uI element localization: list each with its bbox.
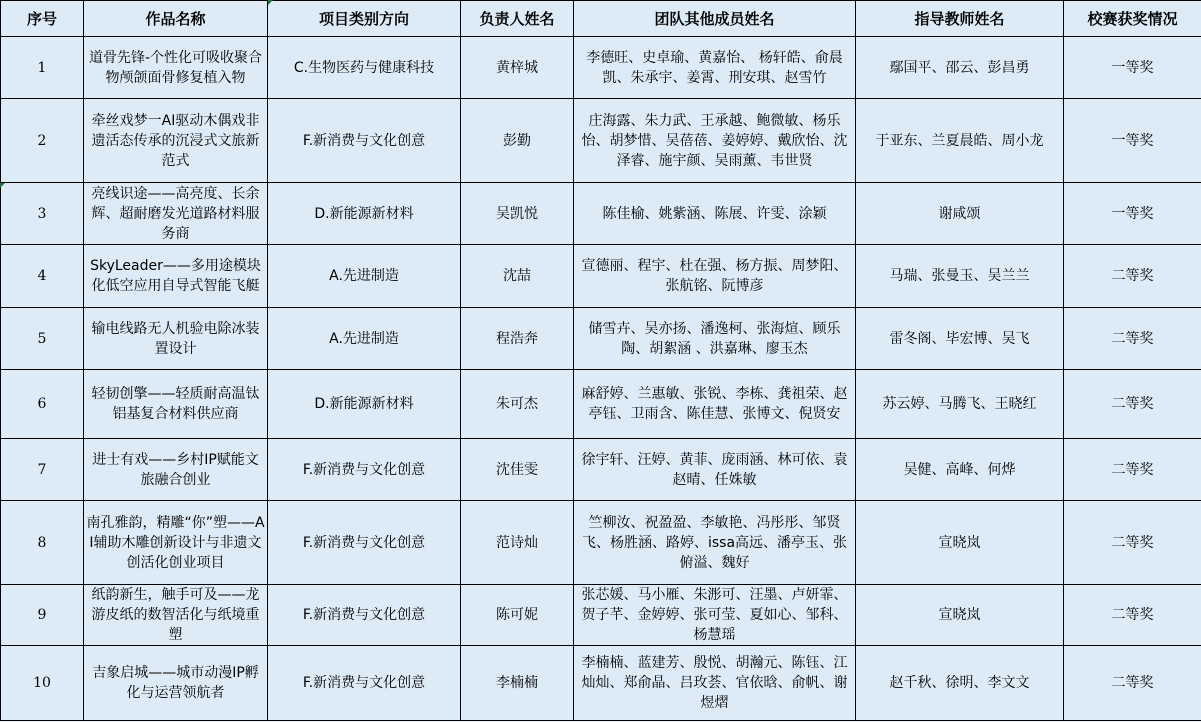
cell-advisors[interactable]: 吴健、高峰、何烨	[856, 439, 1064, 501]
cell-category[interactable]: F.新消费与文化创意	[268, 646, 461, 721]
cell-title[interactable]: 南孔雅韵，精雕“你”塑——AI辅助木雕创新设计与非遗文创活化创业项目	[84, 501, 268, 585]
table-row: 5 输电线路无人机验电除冰装置设计 A.先进制造 程浩奔 储雪卉、吴亦扬、潘逸柯…	[1, 308, 1201, 370]
cell-members[interactable]: 徐宇轩、汪婷、黄菲、庞雨涵、林可依、袁赵晴、任姝敏	[574, 439, 856, 501]
cell-leader[interactable]: 沈喆	[461, 245, 574, 308]
cell-advisors[interactable]: 宣晓岚	[856, 585, 1064, 646]
cell-leader[interactable]: 程浩奔	[461, 308, 574, 370]
cell-leader[interactable]: 彭勤	[461, 99, 574, 183]
cell-comment-marker	[268, 0, 273, 5]
header-no[interactable]: 序号	[1, 1, 84, 37]
table-row: 9 纸韵新生，触手可及——龙游皮纸的数智活化与纸境重塑 F.新消费与文化创意 陈…	[1, 585, 1201, 646]
cell-award[interactable]: 一等奖	[1064, 37, 1201, 99]
cell-leader[interactable]: 沈佳雯	[461, 439, 574, 501]
table-row: 7 进士有戏——乡村IP赋能文旅融合创业 F.新消费与文化创意 沈佳雯 徐宇轩、…	[1, 439, 1201, 501]
cell-title[interactable]: 牵丝戏梦一AI驱动木偶戏非遗活态传承的沉浸式文旅新范式	[84, 99, 268, 183]
header-advisors[interactable]: 指导教师姓名	[856, 1, 1064, 37]
header-members[interactable]: 团队其他成员姓名	[574, 1, 856, 37]
cell-category[interactable]: F.新消费与文化创意	[268, 501, 461, 585]
cell-members[interactable]: 庄海露、朱力武、王承越、鲍微敏、杨乐怡、胡梦惜、吴蓓蓓、姜婷婷、戴欣怡、沈泽睿、…	[574, 99, 856, 183]
cell-no[interactable]: 3	[1, 183, 84, 245]
cell-leader[interactable]: 朱可杰	[461, 370, 574, 439]
awards-table: 序号 作品名称 项目类别方向 负责人姓名 团队其他成员姓名 指导教师姓名 校赛获…	[0, 0, 1201, 721]
cell-leader[interactable]: 吴凯悦	[461, 183, 574, 245]
cell-category[interactable]: D.新能源新材料	[268, 183, 461, 245]
cell-category[interactable]: C.生物医药与健康科技	[268, 37, 461, 99]
cell-members[interactable]: 宣德丽、程宇、杜在强、杨方振、周梦阳、张航铭、阮博彦	[574, 245, 856, 308]
cell-members[interactable]: 李楠楠、蓝建芳、殷悦、胡瀚元、陈钰、江灿灿、郑俞晶、吕玫荟、官依晗、俞帆、谢煜熠	[574, 646, 856, 721]
table-row: 8 南孔雅韵，精雕“你”塑——AI辅助木雕创新设计与非遗文创活化创业项目 F.新…	[1, 501, 1201, 585]
cell-advisors[interactable]: 于亚东、兰夏晨皓、周小龙	[856, 99, 1064, 183]
table-row: 1 道骨先锋-个性化可吸收聚合物颅颌面骨修复植入物 C.生物医药与健康科技 黄梓…	[1, 37, 1201, 99]
cell-advisors[interactable]: 雷冬阁、毕宏博、吴飞	[856, 308, 1064, 370]
cell-award[interactable]: 二等奖	[1064, 646, 1201, 721]
table-row: 6 轻韧创擎——轻质耐高温钛铝基复合材料供应商 D.新能源新材料 朱可杰 麻舒婷…	[1, 370, 1201, 439]
cell-category[interactable]: F.新消费与文化创意	[268, 439, 461, 501]
header-leader[interactable]: 负责人姓名	[461, 1, 574, 37]
cell-title[interactable]: 道骨先锋-个性化可吸收聚合物颅颌面骨修复植入物	[84, 37, 268, 99]
header-category[interactable]: 项目类别方向	[268, 1, 461, 37]
cell-advisors[interactable]: 鄢国平、邵云、彭昌勇	[856, 37, 1064, 99]
cell-leader[interactable]: 范诗灿	[461, 501, 574, 585]
cell-category[interactable]: D.新能源新材料	[268, 370, 461, 439]
cell-no[interactable]: 4	[1, 245, 84, 308]
cell-no[interactable]: 9	[1, 585, 84, 646]
cell-advisors[interactable]: 谢咸颂	[856, 183, 1064, 245]
cell-award[interactable]: 一等奖	[1064, 183, 1201, 245]
cell-award[interactable]: 二等奖	[1064, 370, 1201, 439]
cell-category[interactable]: F.新消费与文化创意	[268, 99, 461, 183]
cell-title[interactable]: 轻韧创擎——轻质耐高温钛铝基复合材料供应商	[84, 370, 268, 439]
cell-title[interactable]: 亮线识途——高亮度、长余辉、超耐磨发光道路材料服务商	[84, 183, 268, 245]
cell-advisors[interactable]: 宣晓岚	[856, 501, 1064, 585]
cell-award[interactable]: 二等奖	[1064, 585, 1201, 646]
table-row: 10 吉象启城——城市动漫IP孵化与运营领航者 F.新消费与文化创意 李楠楠 李…	[1, 646, 1201, 721]
cell-leader[interactable]: 李楠楠	[461, 646, 574, 721]
cell-title[interactable]: 进士有戏——乡村IP赋能文旅融合创业	[84, 439, 268, 501]
cell-members[interactable]: 陈佳榆、姚紫涵、陈展、许雯、涂颖	[574, 183, 856, 245]
cell-members[interactable]: 储雪卉、吴亦扬、潘逸柯、张海煊、顾乐陶、胡絮涵 、洪嘉琳、廖玉杰	[574, 308, 856, 370]
cell-comment-marker	[0, 183, 5, 188]
cell-category[interactable]: A.先进制造	[268, 245, 461, 308]
table-row: 3 亮线识途——高亮度、长余辉、超耐磨发光道路材料服务商 D.新能源新材料 吴凯…	[1, 183, 1201, 245]
cell-no[interactable]: 7	[1, 439, 84, 501]
cell-no[interactable]: 2	[1, 99, 84, 183]
cell-award[interactable]: 二等奖	[1064, 245, 1201, 308]
cell-advisors[interactable]: 马瑞、张曼玉、吴兰兰	[856, 245, 1064, 308]
cell-title[interactable]: 纸韵新生，触手可及——龙游皮纸的数智活化与纸境重塑	[84, 585, 268, 646]
cell-members[interactable]: 麻舒婷、兰惠敏、张锐、李栋、龚祖荣、赵亭钰、卫雨含、陈佳慧、张博文、倪贤安	[574, 370, 856, 439]
header-row: 序号 作品名称 项目类别方向 负责人姓名 团队其他成员姓名 指导教师姓名 校赛获…	[1, 1, 1201, 37]
cell-leader[interactable]: 陈可妮	[461, 585, 574, 646]
header-award[interactable]: 校赛获奖情况	[1064, 1, 1201, 37]
header-title[interactable]: 作品名称	[84, 1, 268, 37]
cell-members[interactable]: 竺柳汝、祝盈盈、李敏艳、冯彤彤、邹贤飞、杨胜涵、路婷、issa高远、潘亭玉、张俯…	[574, 501, 856, 585]
cell-award[interactable]: 二等奖	[1064, 501, 1201, 585]
cell-members[interactable]: 张芯媛、马小雁、朱浵可、汪墨、卢妍霏、贺子芊、金婷婷、张可莹、夏如心、邹科、杨慧…	[574, 585, 856, 646]
cell-leader[interactable]: 黄梓城	[461, 37, 574, 99]
cell-no[interactable]: 10	[1, 646, 84, 721]
cell-no[interactable]: 5	[1, 308, 84, 370]
cell-category[interactable]: F.新消费与文化创意	[268, 585, 461, 646]
table-row: 2 牵丝戏梦一AI驱动木偶戏非遗活态传承的沉浸式文旅新范式 F.新消费与文化创意…	[1, 99, 1201, 183]
table-row: 4 SkyLeader——多用途模块化低空应用自导式智能飞艇 A.先进制造 沈喆…	[1, 245, 1201, 308]
cell-members[interactable]: 李德旺、史卓瑜、黄嘉怡、 杨轩皓、俞晨凯、朱承宇、姜霄、刑安琪、赵雪竹	[574, 37, 856, 99]
cell-award[interactable]: 二等奖	[1064, 308, 1201, 370]
cell-award[interactable]: 一等奖	[1064, 99, 1201, 183]
cell-advisors[interactable]: 赵千秋、徐明、李文文	[856, 646, 1064, 721]
cell-award[interactable]: 二等奖	[1064, 439, 1201, 501]
cell-no[interactable]: 1	[1, 37, 84, 99]
cell-title[interactable]: 输电线路无人机验电除冰装置设计	[84, 308, 268, 370]
cell-no[interactable]: 8	[1, 501, 84, 585]
cell-advisors[interactable]: 苏云婷、马腾飞、王晓红	[856, 370, 1064, 439]
cell-no[interactable]: 6	[1, 370, 84, 439]
cell-title[interactable]: SkyLeader——多用途模块化低空应用自导式智能飞艇	[84, 245, 268, 308]
cell-title[interactable]: 吉象启城——城市动漫IP孵化与运营领航者	[84, 646, 268, 721]
cell-category[interactable]: A.先进制造	[268, 308, 461, 370]
